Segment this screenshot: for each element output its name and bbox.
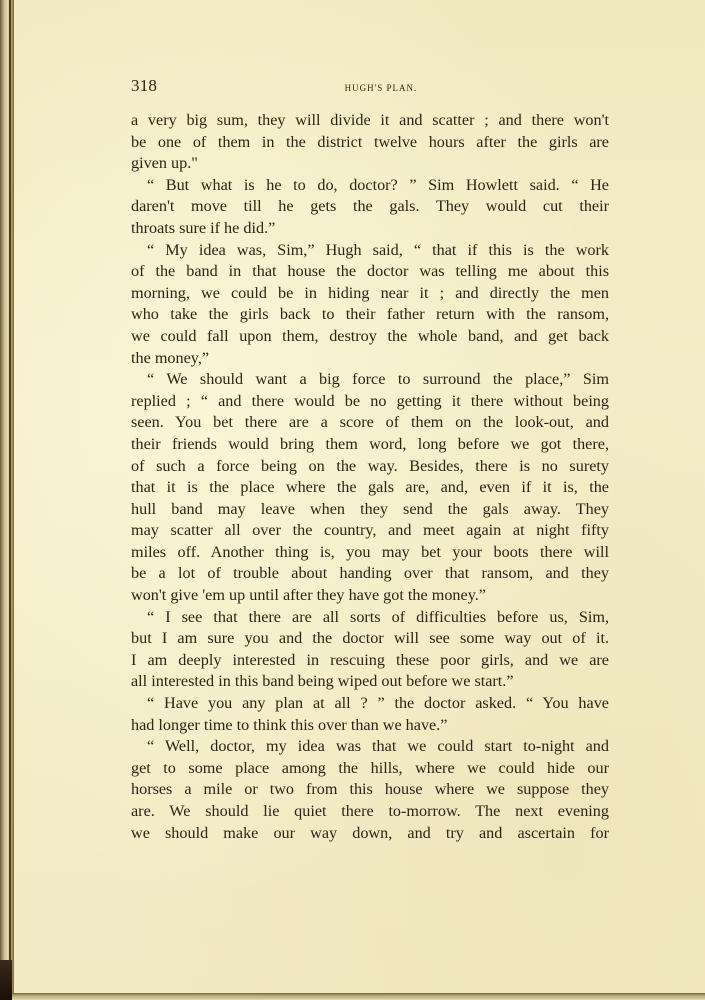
text-line: “ I see that there are all sorts of diff… <box>131 607 609 629</box>
text-line: we could fall upon them, destroy the who… <box>131 326 609 348</box>
text-line: of such a force being on the way. Beside… <box>131 456 609 478</box>
text-line: of the band in that house the doctor was… <box>131 261 609 283</box>
text-line: are. We should lie quiet there to-morrow… <box>131 801 609 823</box>
paragraph: “ Have you any plan at all ? ” the docto… <box>131 693 609 736</box>
text-line: had longer time to think this over than … <box>131 715 609 737</box>
paragraph: “ Well, doctor, my idea was that we coul… <box>131 736 609 844</box>
paragraph: “ I see that there are all sorts of diff… <box>131 607 609 693</box>
text-line: but I am sure you and the doctor will se… <box>131 628 609 650</box>
text-line: their friends would bring them word, lon… <box>131 434 609 456</box>
text-line: I am deeply interested in rescuing these… <box>131 650 609 672</box>
page-content: 318 Hugh's Plan. a very big sum, they wi… <box>131 76 609 844</box>
paragraph: “ But what is he to do, doctor? ” Sim Ho… <box>131 175 609 240</box>
text-line: “ We should want a big force to surround… <box>131 369 609 391</box>
book-binding <box>0 0 14 1000</box>
text-line: the money,” <box>131 348 609 370</box>
paragraph: a very big sum, they will divide it and … <box>131 110 609 175</box>
text-line: that it is the place where the gals are,… <box>131 477 609 499</box>
text-line: be one of them in the district twelve ho… <box>131 132 609 154</box>
text-line: we should make our way down, and try and… <box>131 823 609 845</box>
text-line: who take the girls back to their father … <box>131 304 609 326</box>
text-line: miles off. Another thing is, you may bet… <box>131 542 609 564</box>
chapter-title: Hugh's Plan. <box>241 79 521 95</box>
text-line: all interested in this band being wiped … <box>131 671 609 693</box>
paragraph: “ We should want a big force to surround… <box>131 369 609 607</box>
text-line: may scatter all over the country, and me… <box>131 520 609 542</box>
book-page-scan: 318 Hugh's Plan. a very big sum, they wi… <box>0 0 705 1000</box>
text-line: “ Well, doctor, my idea was that we coul… <box>131 736 609 758</box>
text-line: be a lot of trouble about handing over t… <box>131 563 609 585</box>
binding-rule <box>9 0 11 1000</box>
text-line: “ Have you any plan at all ? ” the docto… <box>131 693 609 715</box>
text-line: replied ; “ and there would be no gettin… <box>131 391 609 413</box>
text-line: hull band may leave when they send the g… <box>131 499 609 521</box>
text-line: a very big sum, they will divide it and … <box>131 110 609 132</box>
text-line: won't give 'em up until after they have … <box>131 585 609 607</box>
text-line: “ But what is he to do, doctor? ” Sim Ho… <box>131 175 609 197</box>
running-head: 318 Hugh's Plan. <box>131 76 609 100</box>
text-line: horses a mile or two from this house whe… <box>131 779 609 801</box>
page-number: 318 <box>131 76 157 96</box>
page-bottom-edge <box>12 993 705 1000</box>
text-line: daren't move till he gets the gals. They… <box>131 196 609 218</box>
text-line: throats sure if he did.” <box>131 218 609 240</box>
text-line: given up." <box>131 153 609 175</box>
body-text: a very big sum, they will divide it and … <box>131 110 609 844</box>
text-line: seen. You bet there are a score of them … <box>131 412 609 434</box>
binding-rule <box>13 0 14 1000</box>
paragraph: “ My idea was, Sim,” Hugh said, “ that i… <box>131 240 609 370</box>
page-corner-shadow <box>0 960 12 1000</box>
text-line: get to some place among the hills, where… <box>131 758 609 780</box>
text-line: “ My idea was, Sim,” Hugh said, “ that i… <box>131 240 609 262</box>
text-line: morning, we could be in hiding near it ;… <box>131 283 609 305</box>
